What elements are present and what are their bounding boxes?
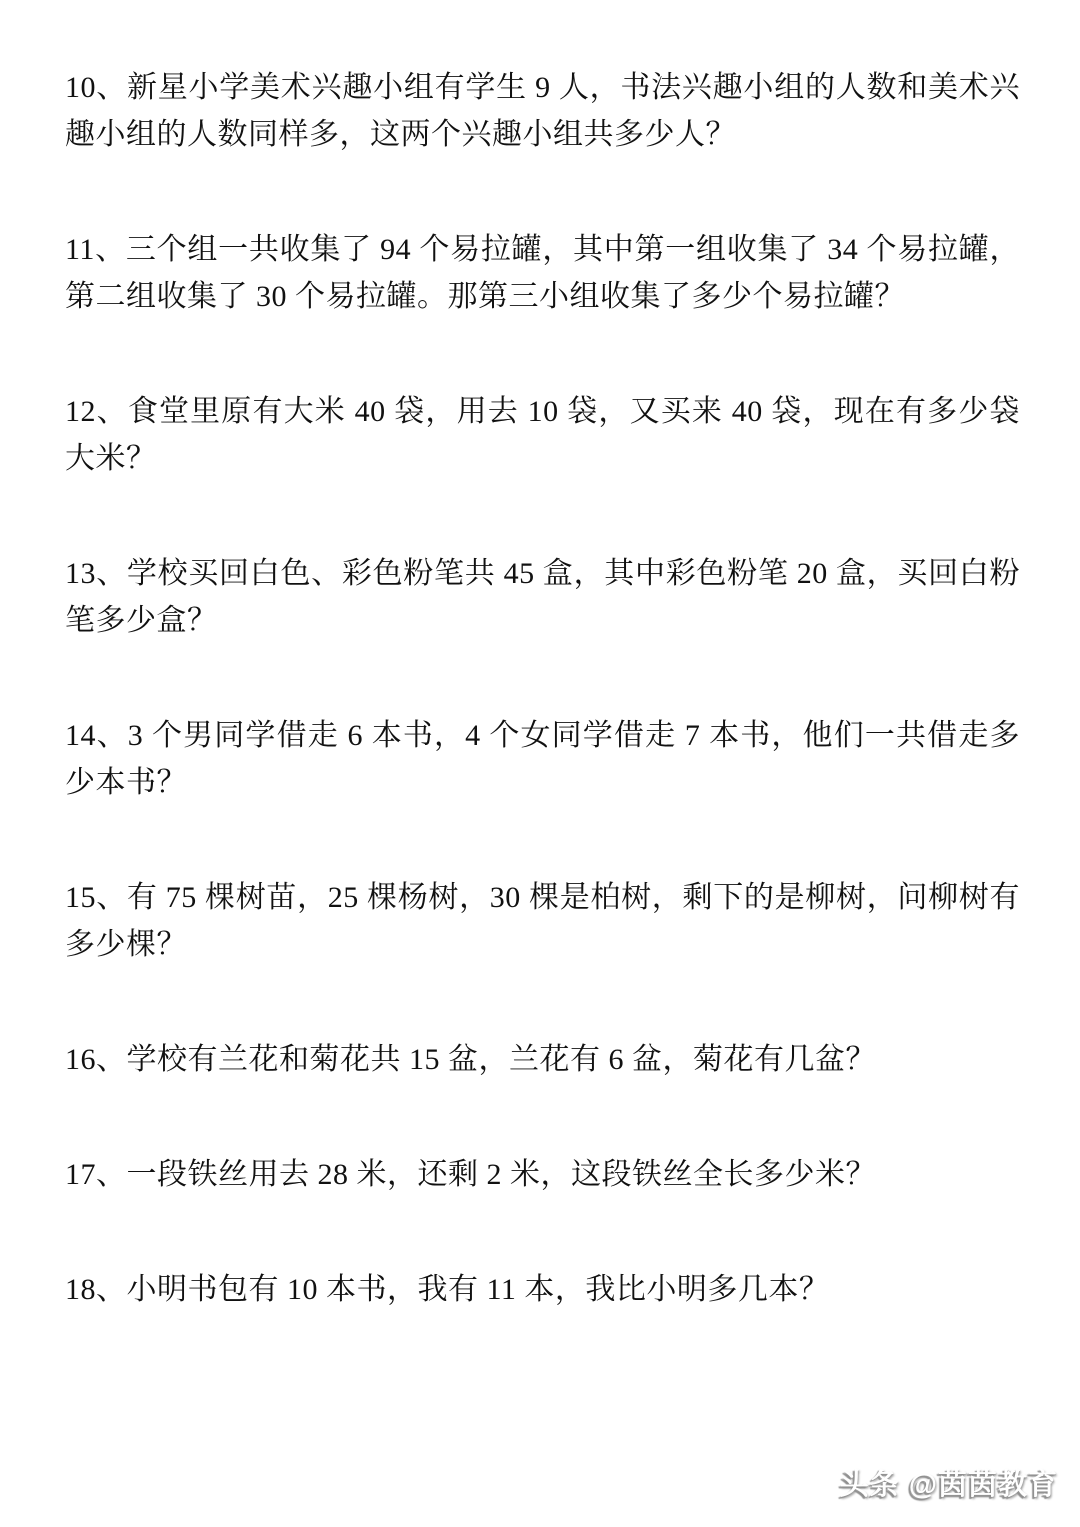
problem-17: 17、一段铁丝用去 28 米，还剩 2 米，这段铁丝全长多少米？ <box>65 1151 1020 1198</box>
problem-list: 10、新星小学美术兴趣小组有学生 9 人，书法兴趣小组的人数和美术兴趣小组的人数… <box>0 0 1080 1313</box>
problem-11: 11、三个组一共收集了 94 个易拉罐，其中第一组收集了 34 个易拉罐，第二组… <box>65 226 1020 320</box>
problem-18: 18、小明书包有 10 本书，我有 11 本，我比小明多几本？ <box>65 1266 1020 1313</box>
problem-13: 13、学校买回白色、彩色粉笔共 45 盒，其中彩色粉笔 20 盒，买回白粉笔多少… <box>65 550 1020 644</box>
problem-16: 16、学校有兰花和菊花共 15 盆，兰花有 6 盆，菊花有几盆？ <box>65 1036 1020 1083</box>
problem-12: 12、食堂里原有大米 40 袋，用去 10 袋，又买来 40 袋，现在有多少袋大… <box>65 388 1020 482</box>
problem-14: 14、3 个男同学借走 6 本书，4 个女同学借走 7 本书，他们一共借走多少本… <box>65 712 1020 806</box>
worksheet-page: 10、新星小学美术兴趣小组有学生 9 人，书法兴趣小组的人数和美术兴趣小组的人数… <box>0 0 1080 1527</box>
problem-10: 10、新星小学美术兴趣小组有学生 9 人，书法兴趣小组的人数和美术兴趣小组的人数… <box>65 64 1020 158</box>
problem-15: 15、有 75 棵树苗，25 棵杨树，30 棵是柏树，剩下的是柳树，问柳树有多少… <box>65 874 1020 968</box>
watermark: 头条 @茵茵教育 <box>840 1462 1058 1503</box>
